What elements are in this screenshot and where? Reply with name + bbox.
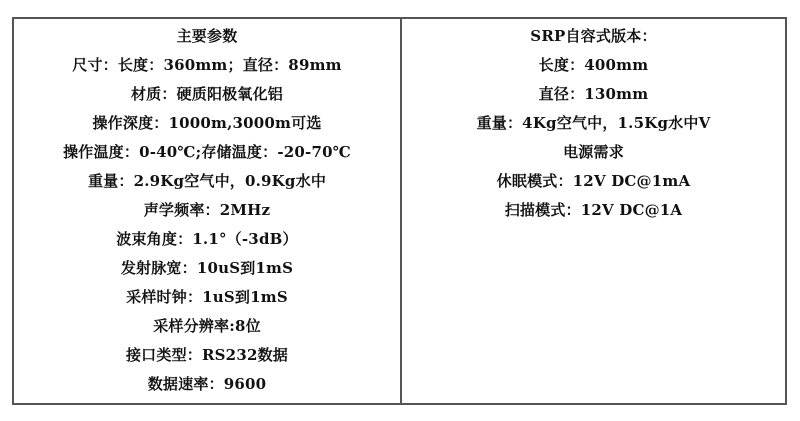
srp-version-column: SRP自容式版本： 长度：400mm 直径：130mm 重量：4Kg空气中，1.… xyxy=(402,19,785,403)
spec-data-rate: 数据速率：9600 xyxy=(14,370,400,399)
spec-material: 材质：硬质阳极氧化铝 xyxy=(14,80,400,109)
spec-table: 主要参数 尺寸：长度：360mm；直径：89mm 材质：硬质阳极氧化铝 操作深度… xyxy=(12,17,787,405)
spec-acoustic-frequency: 声学频率：2MHz xyxy=(14,196,400,225)
spec-beam-angle: 波束角度：1.1°（-3dB） xyxy=(14,225,400,254)
spec-dimensions: 尺寸：长度：360mm；直径：89mm xyxy=(14,51,400,80)
spec-operating-depth: 操作深度：1000m,3000m可选 xyxy=(14,109,400,138)
power-sleep-mode: 休眠模式：12V DC@1mA xyxy=(402,167,785,196)
spec-sampling-resolution: 采样分辨率:8位 xyxy=(14,312,400,341)
spec-temperature: 操作温度：0-40℃;存储温度：-20-70℃ xyxy=(14,138,400,167)
spec-sampling-clock: 采样时钟：1uS到1mS xyxy=(14,283,400,312)
srp-diameter: 直径：130mm xyxy=(402,80,785,109)
power-requirements-title: 电源需求 xyxy=(402,138,785,167)
srp-version-title: SRP自容式版本： xyxy=(402,22,785,51)
power-scan-mode: 扫描模式：12V DC@1A xyxy=(402,196,785,225)
srp-weight: 重量：4Kg空气中，1.5Kg水中V xyxy=(402,109,785,138)
spec-pulse-width: 发射脉宽：10uS到1mS xyxy=(14,254,400,283)
main-parameters-column: 主要参数 尺寸：长度：360mm；直径：89mm 材质：硬质阳极氧化铝 操作深度… xyxy=(14,19,402,403)
main-parameters-title: 主要参数 xyxy=(14,22,400,51)
spec-interface-type: 接口类型：RS232数据 xyxy=(14,341,400,370)
spec-weight: 重量：2.9Kg空气中，0.9Kg水中 xyxy=(14,167,400,196)
srp-length: 长度：400mm xyxy=(402,51,785,80)
